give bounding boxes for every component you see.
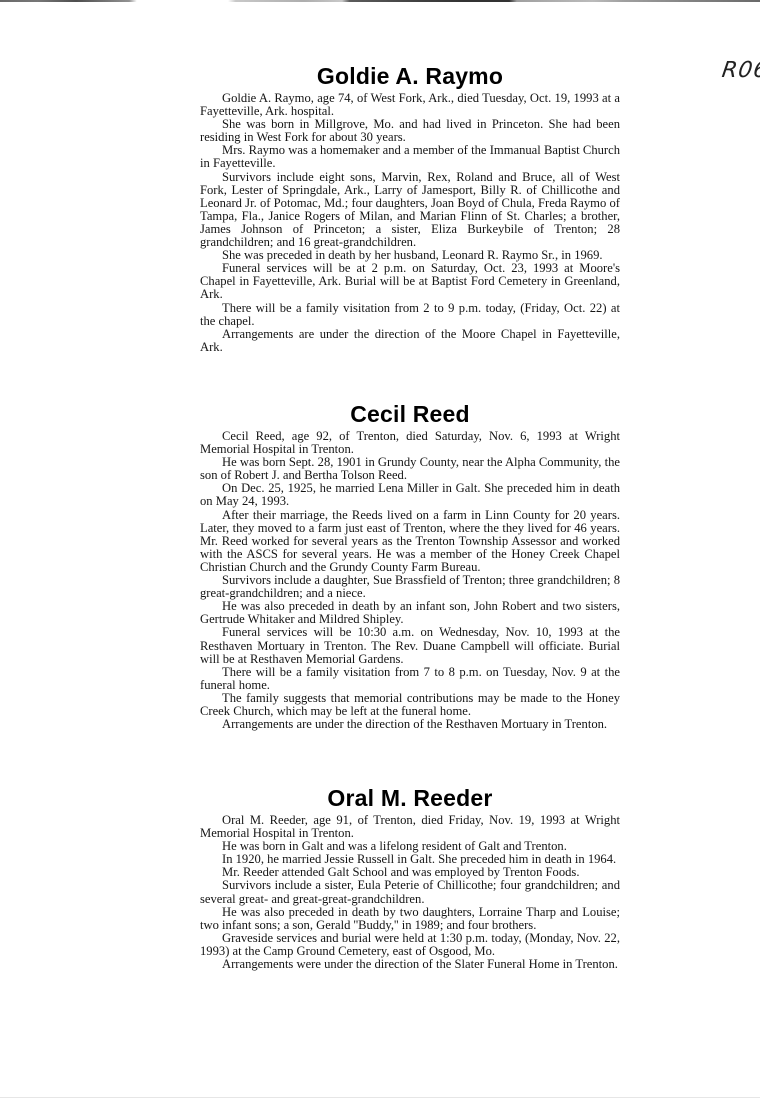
obituary-paragraph: Funeral services will be at 2 p.m. on Sa… xyxy=(200,262,620,301)
obituary-paragraph: Funeral services will be 10:30 a.m. on W… xyxy=(200,626,620,665)
obituary-oral-reeder: Oral M. Reeder Oral M. Reeder, age 91, o… xyxy=(200,785,620,971)
obituary-paragraph: She was born in Millgrove, Mo. and had l… xyxy=(200,118,620,144)
scan-edge-bottom xyxy=(0,1097,760,1098)
obituary-paragraph: Arrangements were under the direction of… xyxy=(200,958,620,971)
obituary-paragraph: Graveside services and burial were held … xyxy=(200,932,620,958)
obituary-paragraph: Goldie A. Raymo, age 74, of West Fork, A… xyxy=(200,92,620,118)
obituary-paragraph: Cecil Reed, age 92, of Trenton, died Sat… xyxy=(200,430,620,456)
obituary-paragraph: Survivors include eight sons, Marvin, Re… xyxy=(200,171,620,250)
obituary-title: Goldie A. Raymo xyxy=(200,63,620,90)
obituary-paragraph: Arrangements are under the direction of … xyxy=(200,328,620,354)
obituary-paragraph: He was born Sept. 28, 1901 in Grundy Cou… xyxy=(200,456,620,482)
obituary-paragraph: He was also preceded in death by two dau… xyxy=(200,906,620,932)
obituary-paragraph: On Dec. 25, 1925, he married Lena Miller… xyxy=(200,482,620,508)
obituary-paragraph: The family suggests that memorial contri… xyxy=(200,692,620,718)
obituary-paragraph: Arrangements are under the direction of … xyxy=(200,718,620,731)
obituary-body: Cecil Reed, age 92, of Trenton, died Sat… xyxy=(200,430,620,731)
obituary-paragraph: Survivors include a daughter, Sue Brassf… xyxy=(200,574,620,600)
obituary-paragraph: He was also preceded in death by an infa… xyxy=(200,600,620,626)
obituary-title: Oral M. Reeder xyxy=(200,785,620,812)
obituary-paragraph: After their marriage, the Reeds lived on… xyxy=(200,509,620,574)
handwritten-page-note: R06: xyxy=(720,58,760,83)
obituary-paragraph: There will be a family visitation from 2… xyxy=(200,302,620,328)
obituary-paragraph: Mrs. Raymo was a homemaker and a member … xyxy=(200,144,620,170)
scan-edge-top xyxy=(0,0,760,2)
obituary-paragraph: Survivors include a sister, Eula Peterie… xyxy=(200,879,620,905)
obituary-goldie-raymo: Goldie A. Raymo Goldie A. Raymo, age 74,… xyxy=(200,63,620,354)
obituary-body: Goldie A. Raymo, age 74, of West Fork, A… xyxy=(200,92,620,354)
obituary-paragraph: There will be a family visitation from 7… xyxy=(200,666,620,692)
obituary-body: Oral M. Reeder, age 91, of Trenton, died… xyxy=(200,814,620,971)
obituary-paragraph: Oral M. Reeder, age 91, of Trenton, died… xyxy=(200,814,620,840)
obituary-title: Cecil Reed xyxy=(200,401,620,428)
obituary-cecil-reed: Cecil Reed Cecil Reed, age 92, of Trento… xyxy=(200,401,620,731)
